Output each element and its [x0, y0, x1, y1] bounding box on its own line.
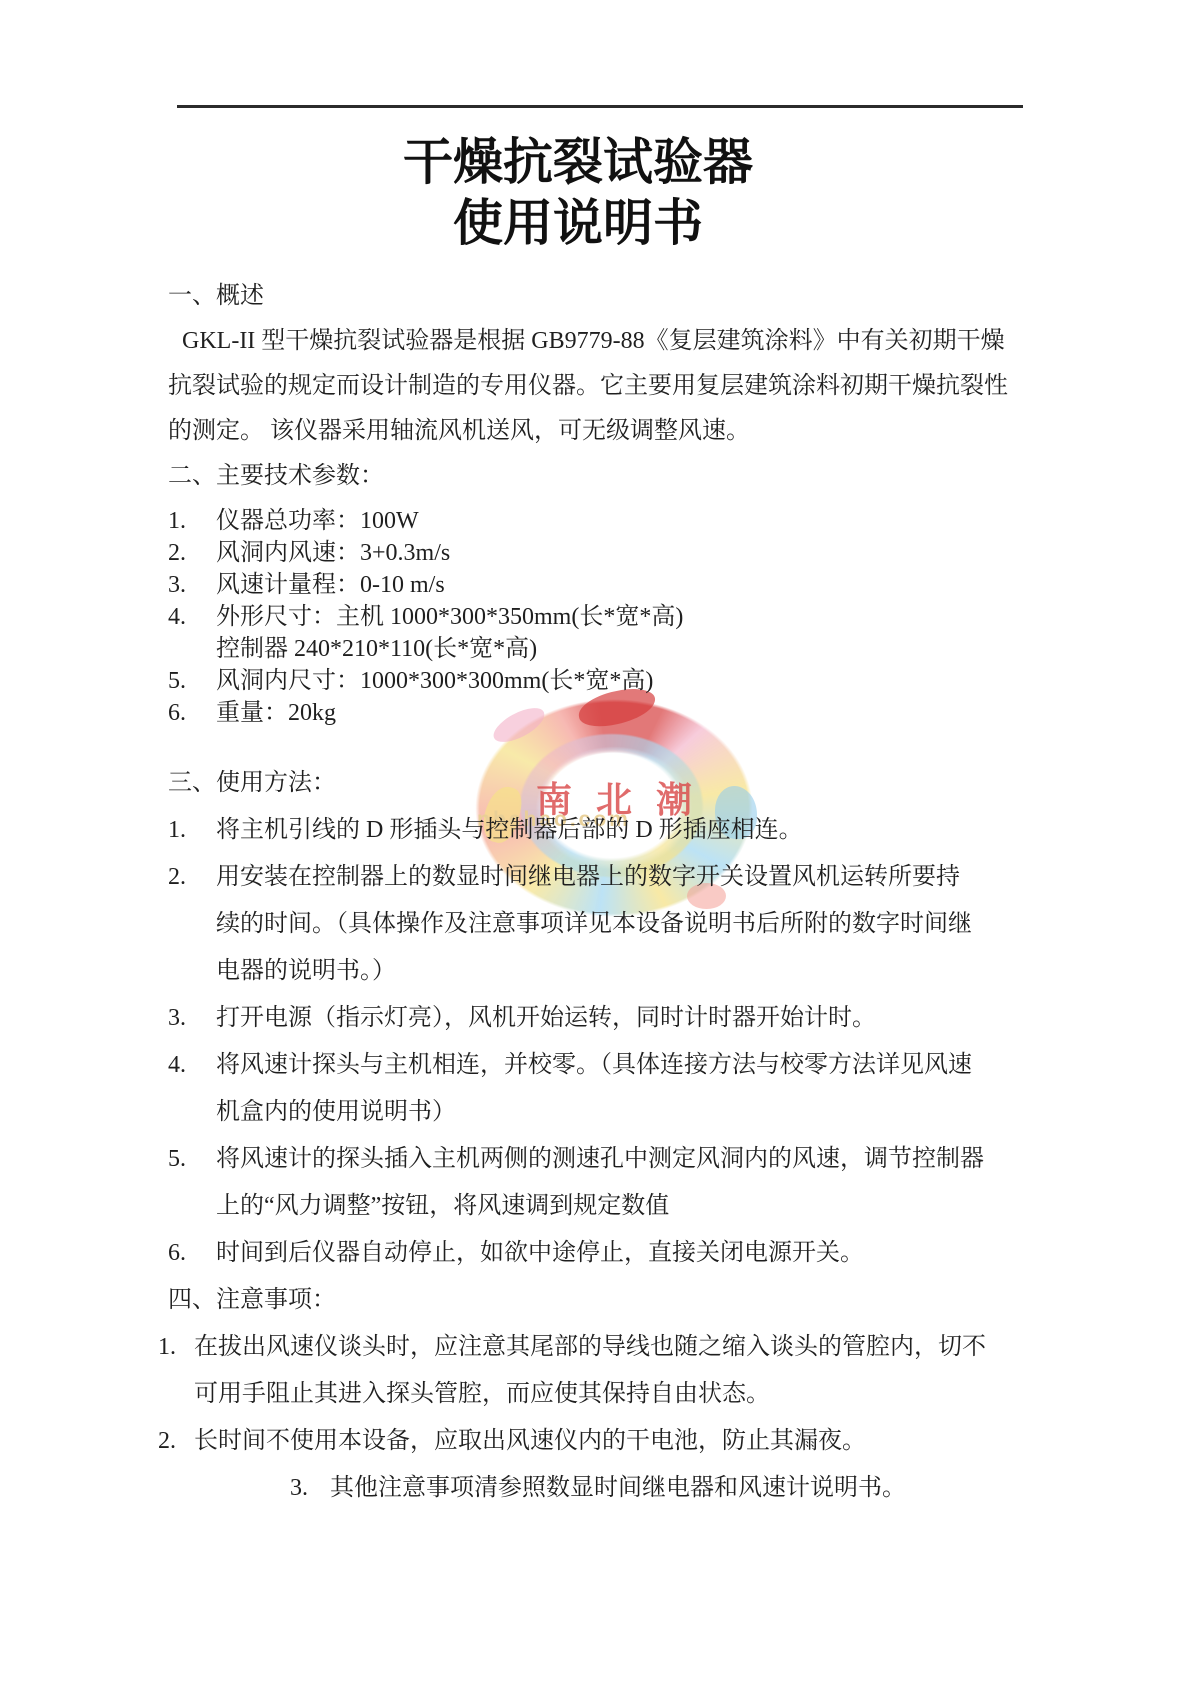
list-item: 2. 风洞内风速：3+0.3m/s: [168, 537, 1032, 569]
list-item: 1. 将主机引线的 D 形插头与控制器后部的 D 形插座相连。: [168, 807, 1032, 854]
section-notes-heading: 四、 注意事项：: [168, 1277, 1032, 1324]
document-body: 一、 概述 GKL-II 型干燥抗裂试验器是根据 GB9779-88《复层建筑涂…: [168, 274, 1032, 1512]
item-text: 上的“风力调整”按钮，将风速调到规定数值: [216, 1183, 1032, 1230]
item-text: 在拔出风速仪谈头时，应注意其尾部的导线也随之缩入谈头的管腔内，切不: [194, 1324, 1032, 1371]
section-tech-heading: 二、 主要技术参数：: [168, 454, 1032, 499]
item-text: 打开电源（指示灯亮），风机开始运转，同时计时器开始计时。: [216, 995, 1032, 1042]
item-number: 2.: [168, 854, 216, 995]
header-rule: [177, 105, 1023, 108]
section-number: 二、: [168, 454, 216, 499]
overview-paragraph: GKL-II 型干燥抗裂试验器是根据 GB9779-88《复层建筑涂料》中有关初…: [168, 319, 1032, 454]
section-label: 使用方法：: [216, 760, 1032, 807]
item-number: 1.: [158, 1324, 194, 1418]
item-text: 时间到后仪器自动停止，如欲中途停止，直接关闭电源开关。: [216, 1230, 1032, 1277]
list-item: 6. 时间到后仪器自动停止，如欲中途停止，直接关闭电源开关。: [168, 1230, 1032, 1277]
section-label: 注意事项：: [216, 1277, 1032, 1324]
list-item: 4. 将风速计探头与主机相连，并校零。（具体连接方法与校零方法详见风速 机盒内的…: [168, 1042, 1032, 1136]
item-number: 3.: [168, 995, 216, 1042]
item-text: 续的时间。（具体操作及注意事项详见本设备说明书后所附的数字时间继: [216, 901, 1032, 948]
list-item: 3. 风速计量程：0-10 m/s: [168, 569, 1032, 601]
tech-parameter-list: 1. 仪器总功率：100W 2. 风洞内风速：3+0.3m/s 3. 风速计量程…: [168, 505, 1032, 729]
section-number: 四、: [168, 1277, 216, 1324]
title-line-2: 使用说明书: [146, 193, 1010, 254]
section-overview-heading: 一、 概述: [168, 274, 1032, 319]
item-number: 3.: [290, 1465, 330, 1512]
item-number: 2.: [158, 1418, 194, 1465]
item-number: 6.: [168, 697, 216, 729]
item-number: 4.: [168, 601, 216, 665]
section-number: 一、: [168, 274, 216, 319]
item-number: 4.: [168, 1042, 216, 1136]
item-text: 长时间不使用本设备，应取出风速仪内的干电池，防止其漏夜。: [194, 1418, 1032, 1465]
section-number: 三、: [168, 760, 216, 807]
title-line-1: 干燥抗裂试验器: [146, 132, 1010, 193]
list-item: 6. 重量：20kg: [168, 697, 1032, 729]
item-number: 1.: [168, 505, 216, 537]
list-item: 2. 长时间不使用本设备，应取出风速仪内的干电池，防止其漏夜。: [158, 1418, 1032, 1465]
list-item: 1. 仪器总功率：100W: [168, 505, 1032, 537]
list-item: 2. 用安装在控制器上的数显时间继电器上的数字开关设置风机运转所要持 续的时间。…: [168, 854, 1032, 995]
item-number: 2.: [168, 537, 216, 569]
item-text: 仪器总功率：100W: [216, 505, 1032, 537]
section-label: 概述: [216, 274, 1032, 319]
list-item: 1. 在拔出风速仪谈头时，应注意其尾部的导线也随之缩入谈头的管腔内，切不 可用手…: [158, 1324, 1032, 1418]
item-text: 控制器 240*210*110(长*宽*高): [216, 633, 1032, 665]
item-text: 将风速计的探头插入主机两侧的测速孔中测定风洞内的风速，调节控制器: [216, 1136, 1032, 1183]
list-item: 5. 将风速计的探头插入主机两侧的测速孔中测定风洞内的风速，调节控制器 上的“风…: [168, 1136, 1032, 1230]
item-text: 电器的说明书。）: [216, 948, 1032, 995]
item-number: 6.: [168, 1230, 216, 1277]
item-text: 可用手阻止其进入探头管腔，而应使其保持自由状态。: [194, 1371, 1032, 1418]
item-text: 将主机引线的 D 形插头与控制器后部的 D 形插座相连。: [216, 807, 1032, 854]
item-text: 将风速计探头与主机相连，并校零。（具体连接方法与校零方法详见风速: [216, 1042, 1032, 1089]
item-text: 重量：20kg: [216, 697, 1032, 729]
item-text: 外形尺寸：主机 1000*300*350mm(长*宽*高): [216, 601, 1032, 633]
document-title: 干燥抗裂试验器 使用说明书: [146, 132, 1010, 254]
paragraph-line: GKL-II 型干燥抗裂试验器是根据 GB9779-88《复层建筑涂料》中有关初…: [168, 319, 1032, 364]
paragraph-line: 的测定。 该仪器采用轴流风机送风，可无级调整风速。: [168, 409, 1032, 454]
list-item: 5. 风洞内尺寸：1000*300*300mm(长*宽*高): [168, 665, 1032, 697]
item-text: 风洞内风速：3+0.3m/s: [216, 537, 1032, 569]
list-item: 3. 打开电源（指示灯亮），风机开始运转，同时计时器开始计时。: [168, 995, 1032, 1042]
section-label: 主要技术参数：: [216, 454, 1032, 499]
paragraph-line: 抗裂试验的规定而设计制造的专用仪器。它主要用复层建筑涂料初期干燥抗裂性: [168, 364, 1032, 409]
item-number: 1.: [168, 807, 216, 854]
item-text: 风洞内尺寸：1000*300*300mm(长*宽*高): [216, 665, 1032, 697]
section-usage-heading: 三、 使用方法：: [168, 760, 1032, 807]
list-item: 4. 外形尺寸：主机 1000*300*350mm(长*宽*高) 控制器 240…: [168, 601, 1032, 665]
item-text: 机盒内的使用说明书）: [216, 1089, 1032, 1136]
item-number: 5.: [168, 1136, 216, 1230]
item-text: 风速计量程：0-10 m/s: [216, 569, 1032, 601]
item-text: 其他注意事项清参照数显时间继电器和风速计说明书。: [330, 1465, 1032, 1512]
item-number: 3.: [168, 569, 216, 601]
item-text: 用安装在控制器上的数显时间继电器上的数字开关设置风机运转所要持: [216, 854, 1032, 901]
list-item: 3. 其他注意事项清参照数显时间继电器和风速计说明书。: [290, 1465, 1032, 1512]
usage-and-notes: 三、 使用方法： 1. 将主机引线的 D 形插头与控制器后部的 D 形插座相连。…: [168, 760, 1032, 1512]
item-number: 5.: [168, 665, 216, 697]
